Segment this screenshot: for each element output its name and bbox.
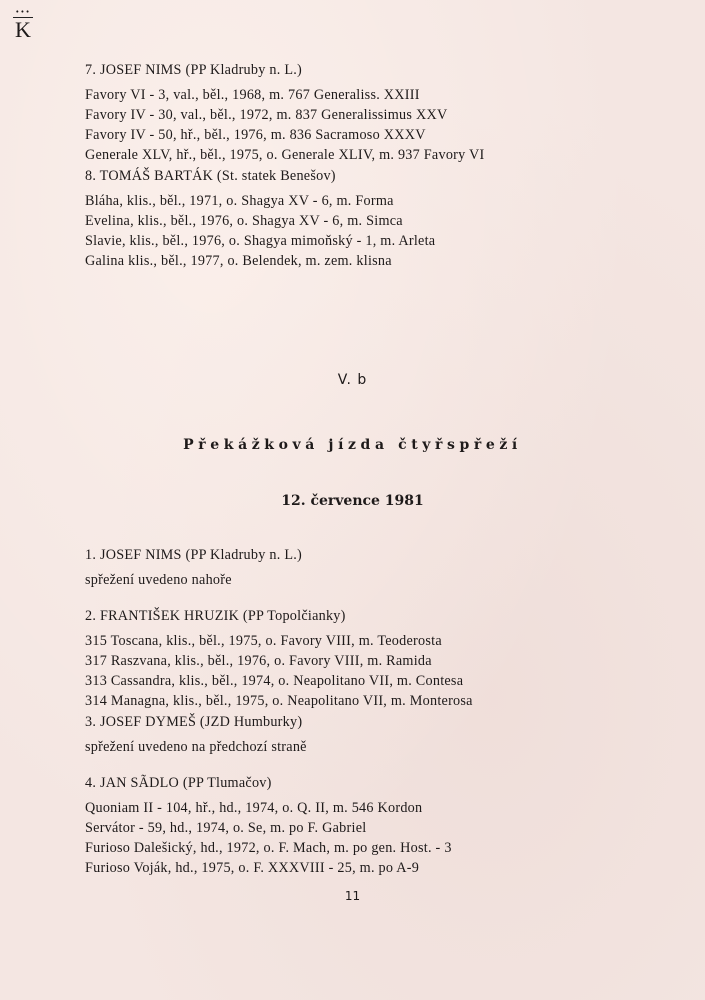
horse-line: Generale XLV, hř., běl., 1975, o. Genera… [85,145,485,165]
horse-line: Bláha, klis., běl., 1971, o. Shagya XV -… [85,191,435,211]
horse-line: Furioso Voják, hd., 1975, o. F. XXXVIII … [85,858,452,878]
horse-line: Slavie, klis., běl., 1976, o. Shagya mim… [85,231,435,251]
entry-heading: 8. TOMÁŠ BARTÁK (St. statek Benešov) [85,166,435,186]
entry-2: 2. FRANTIŠEK HRUZIK (PP Topolčianky) 315… [85,606,473,711]
horse-line: 314 Managna, klis., běl., 1975, o. Neapo… [85,691,473,711]
entry-8: 8. TOMÁŠ BARTÁK (St. statek Benešov) Blá… [85,166,435,271]
horse-line: Favory IV - 30, val., běl., 1972, m. 837… [85,105,485,125]
section-date: 12. července 1981 [0,493,705,509]
horse-line: Evelina, klis., běl., 1976, o. Shagya XV… [85,211,435,231]
entry-4: 4. JAN SÃDLO (PP Tlumačov) Quoniam II - … [85,773,452,878]
entry-heading: 7. JOSEF NIMS (PP Kladruby n. L.) [85,60,485,80]
entry-heading: 2. FRANTIŠEK HRUZIK (PP Topolčianky) [85,606,473,626]
horse-line: 317 Raszvana, klis., běl., 1976, o. Favo… [85,651,473,671]
entry-heading: 4. JAN SÃDLO (PP Tlumačov) [85,773,452,793]
entry-7: 7. JOSEF NIMS (PP Kladruby n. L.) Favory… [85,60,485,165]
logo-letter: K [11,19,35,41]
horse-line: 313 Cassandra, klis., běl., 1974, o. Nea… [85,671,473,691]
horse-line: Galina klis., běl., 1977, o. Belendek, m… [85,251,435,271]
horse-line: Furioso Dalešický, hd., 1972, o. F. Mach… [85,838,452,858]
entry-3: 3. JOSEF DYMEŠ (JZD Humburky) spřežení u… [85,712,307,757]
section-title: Překážková jízda čtyřspřeží [0,437,705,453]
horse-line: Quoniam II - 104, hř., hd., 1974, o. Q. … [85,798,452,818]
publisher-logo: ••• K [11,9,35,41]
horse-line: 315 Toscana, klis., běl., 1975, o. Favor… [85,631,473,651]
page-number: 11 [0,889,705,903]
horse-line: Favory IV - 50, hř., běl., 1976, m. 836 … [85,125,485,145]
horse-line: spřežení uvedeno na předchozí straně [85,737,307,757]
section-label: V. b [0,372,705,388]
horse-line: spřežení uvedeno nahoře [85,570,302,590]
entry-heading: 1. JOSEF NIMS (PP Kladruby n. L.) [85,545,302,565]
crown-dots-icon: ••• [11,9,35,16]
horse-line: Servátor - 59, hd., 1974, o. Se, m. po F… [85,818,452,838]
horse-line: Favory VI - 3, val., běl., 1968, m. 767 … [85,85,485,105]
entry-1: 1. JOSEF NIMS (PP Kladruby n. L.) spřeže… [85,545,302,590]
entry-heading: 3. JOSEF DYMEŠ (JZD Humburky) [85,712,307,732]
